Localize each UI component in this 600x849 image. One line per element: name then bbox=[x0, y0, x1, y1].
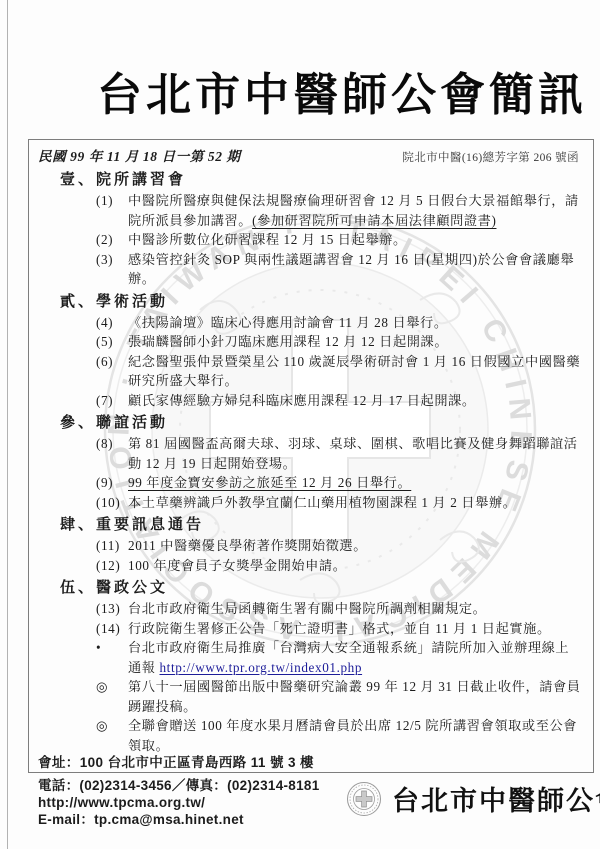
item-marker: (8) bbox=[96, 434, 128, 473]
text-segment: 中醫診所數位化研習課程 12 月 15 日起舉辦。 bbox=[128, 232, 407, 247]
list-item: (11)2011 中醫藥優良學術著作獎開始徵選。 bbox=[29, 536, 581, 556]
item-text: 《扶陽論壇》臨床心得應用討論會 11 月 28 日舉行。 bbox=[128, 313, 581, 333]
issue-date: 民國 99 年 11 月 18 日一第 52 期 bbox=[38, 145, 241, 165]
text-segment: 2011 中醫藥優良學術著作獎開始徵選。 bbox=[128, 538, 367, 553]
item-marker: (7) bbox=[96, 391, 128, 411]
list-item: (4)《扶陽論壇》臨床心得應用討論會 11 月 28 日舉行。 bbox=[29, 313, 581, 333]
doc-number: 院北市中醫(16)總芳字第 206 號函 bbox=[402, 149, 579, 165]
item-text: 2011 中醫藥優良學術著作獎開始徵選。 bbox=[128, 536, 581, 556]
item-marker: (11) bbox=[96, 536, 128, 556]
section: 參、聯誼活動(8)第 81 屆國醫盃高爾夫球、羽球、桌球、圍棋、歌唱比賽及健身舞… bbox=[29, 413, 581, 512]
section-heading: 肆、重要訊息通告 bbox=[60, 515, 581, 535]
item-marker: ◎ bbox=[96, 716, 128, 755]
item-text: 感染管控針灸 SOP 與兩性議題講習會 12 月 16 日(星期四)於公會會議廳… bbox=[128, 250, 581, 289]
section-heading: 參、聯誼活動 bbox=[60, 413, 581, 433]
sections: 壹、院所講習會(1)中醫院所醫療與健保法規醫療倫理研習會 12 月 5 日假台大… bbox=[29, 165, 593, 755]
item-text: 第 81 屆國醫盃高爾夫球、羽球、桌球、圍棋、歌唱比賽及健身舞蹈聯誼活動 12 … bbox=[128, 434, 581, 473]
publisher-block: 台北市中醫師公會發行 bbox=[346, 779, 600, 818]
section-heading: 伍、醫政公文 bbox=[60, 578, 581, 598]
list-item: (7)顧氏家傳經驗方婦兒科臨床應用課程 12 月 17 日起開課。 bbox=[29, 391, 581, 411]
footer-contact: 電話：(02)2314-3456／傳真：(02)2314-8181 http:/… bbox=[38, 777, 320, 828]
list-item: (6)紀念醫聖張仲景暨榮星公 110 歲誕辰學術研討會 1 月 16 日假國立中… bbox=[29, 352, 581, 391]
item-text: 本土草藥辨識戶外教學宜蘭仁山藥用植物園課程 1 月 2 日舉辦。 bbox=[128, 493, 581, 513]
item-marker: ◎ bbox=[96, 677, 128, 716]
text-segment: 第八十一屆國醫節出版中醫藥研究論叢 99 年 12 月 31 日截止收件，請會員… bbox=[128, 679, 581, 714]
item-text: 台北市政府衛生局推廣「台灣病人安全通報系統」請院所加入並辦理線上通報 http:… bbox=[128, 638, 581, 677]
scan-edge-line bbox=[7, 0, 8, 849]
item-text: 第八十一屆國醫節出版中醫藥研究論叢 99 年 12 月 31 日截止收件，請會員… bbox=[128, 677, 581, 716]
text-segment: (參加研習院所可申請本屆法律顧問證書) bbox=[252, 213, 496, 228]
item-marker: (2) bbox=[96, 230, 128, 250]
text-segment: 全聯會贈送 100 年度水果月曆請會員於出席 12/5 院所講習會領取或至公會領… bbox=[128, 718, 577, 753]
page: { "page": { "title": "台北市中醫師公會簡訊", "issu… bbox=[0, 0, 600, 849]
website-line: http://www.tpcma.org.tw/ bbox=[38, 794, 320, 811]
item-marker: (6) bbox=[96, 352, 128, 391]
list-item: (1)中醫院所醫療與健保法規醫療倫理研習會 12 月 5 日假台大景福館舉行，請… bbox=[29, 191, 581, 230]
text-segment: 台北市政府衛生局函轉衛生署有關中醫院所調劑相關規定。 bbox=[128, 601, 486, 616]
item-text: 99 年度金寶安參訪之旅延至 12 月 26 日舉行。 bbox=[128, 473, 581, 493]
item-marker: (14) bbox=[96, 619, 128, 639]
item-marker: (3) bbox=[96, 250, 128, 289]
text-segment: 100 年度會員子女獎學金開始申請。 bbox=[128, 558, 347, 573]
item-text: 全聯會贈送 100 年度水果月曆請會員於出席 12/5 院所講習會領取或至公會領… bbox=[128, 716, 581, 755]
text-segment: 張瑞麟醫師小針刀臨床應用課程 12 月 12 日起開課。 bbox=[128, 334, 448, 349]
list-item: •台北市政府衛生局推廣「台灣病人安全通報系統」請院所加入並辦理線上通報 http… bbox=[29, 638, 581, 677]
item-marker: (13) bbox=[96, 599, 128, 619]
newsletter-title: 台北市中醫師公會簡訊 bbox=[0, 58, 600, 123]
item-marker: (10) bbox=[96, 493, 128, 513]
cross-icon bbox=[356, 791, 372, 807]
section: 貳、學術活動(4)《扶陽論壇》臨床心得應用討論會 11 月 28 日舉行。(5)… bbox=[29, 292, 581, 411]
item-text: 中醫院所醫療與健保法規醫療倫理研習會 12 月 5 日假台大景福館舉行，請院所派… bbox=[128, 191, 581, 230]
item-marker: (9) bbox=[96, 473, 128, 493]
inline-link[interactable]: http://www.tpr.org.tw/index01.php bbox=[159, 660, 362, 675]
list-item: (3)感染管控針灸 SOP 與兩性議題講習會 12 月 16 日(星期四)於公會… bbox=[29, 250, 581, 289]
list-item: (14)行政院衛生署修正公告「死亡證明書」格式，並自 11 月 1 日起實施。 bbox=[29, 619, 581, 639]
item-marker: (12) bbox=[96, 556, 128, 576]
item-marker: (1) bbox=[96, 191, 128, 230]
list-item: (13)台北市政府衛生局函轉衛生署有關中醫院所調劑相關規定。 bbox=[29, 599, 581, 619]
section: 肆、重要訊息通告(11)2011 中醫藥優良學術著作獎開始徵選。(12)100 … bbox=[29, 515, 581, 575]
item-text: 中醫診所數位化研習課程 12 月 15 日起舉辦。 bbox=[128, 230, 581, 250]
box-header: 民國 99 年 11 月 18 日一第 52 期 院北市中醫(16)總芳字第 2… bbox=[29, 140, 593, 165]
list-item: (9)99 年度金寶安參訪之旅延至 12 月 26 日舉行。 bbox=[29, 473, 581, 493]
address-line: 會址：100 台北市中正區青島西路 11 號 3 樓 bbox=[38, 751, 578, 771]
list-item: (8)第 81 屆國醫盃高爾夫球、羽球、桌球、圍棋、歌唱比賽及健身舞蹈聯誼活動 … bbox=[29, 434, 581, 473]
text-segment: 本土草藥辨識戶外教學宜蘭仁山藥用植物園課程 1 月 2 日舉辦。 bbox=[128, 495, 516, 510]
content-box: 民國 99 年 11 月 18 日一第 52 期 院北市中醫(16)總芳字第 2… bbox=[28, 139, 594, 773]
section-heading: 壹、院所講習會 bbox=[60, 170, 581, 190]
text-segment: 感染管控針灸 SOP 與兩性議題講習會 12 月 16 日(星期四)於公會會議廳… bbox=[128, 252, 574, 287]
phone-line: 電話：(02)2314-3456／傳真：(02)2314-8181 bbox=[38, 777, 320, 794]
item-text: 台北市政府衛生局函轉衛生署有關中醫院所調劑相關規定。 bbox=[128, 599, 581, 619]
item-text: 行政院衛生署修正公告「死亡證明書」格式，並自 11 月 1 日起實施。 bbox=[128, 619, 581, 639]
item-marker: (4) bbox=[96, 313, 128, 333]
publisher-name: 台北市中醫師公會發行 bbox=[392, 779, 600, 818]
item-text: 紀念醫聖張仲景暨榮星公 110 歲誕辰學術研討會 1 月 16 日假國立中國醫藥… bbox=[128, 352, 581, 391]
list-item: (5)張瑞麟醫師小針刀臨床應用課程 12 月 12 日起開課。 bbox=[29, 332, 581, 352]
text-segment: 行政院衛生署修正公告「死亡證明書」格式，並自 11 月 1 日起實施。 bbox=[128, 621, 551, 636]
list-item: (2)中醫診所數位化研習課程 12 月 15 日起舉辦。 bbox=[29, 230, 581, 250]
email-line: E-mail：tp.cma@msa.hinet.net bbox=[38, 811, 320, 828]
section-heading: 貳、學術活動 bbox=[60, 292, 581, 312]
list-item: (10)本土草藥辨識戶外教學宜蘭仁山藥用植物園課程 1 月 2 日舉辦。 bbox=[29, 493, 581, 513]
text-segment: 第 81 屆國醫盃高爾夫球、羽球、桌球、圍棋、歌唱比賽及健身舞蹈聯誼活動 12 … bbox=[128, 436, 578, 471]
text-segment: 紀念醫聖張仲景暨榮星公 110 歲誕辰學術研討會 1 月 16 日假國立中國醫藥… bbox=[128, 354, 580, 389]
item-marker: • bbox=[96, 638, 128, 677]
text-segment: 《扶陽論壇》臨床心得應用討論會 11 月 28 日舉行。 bbox=[128, 315, 448, 330]
list-item: (12)100 年度會員子女獎學金開始申請。 bbox=[29, 556, 581, 576]
item-text: 100 年度會員子女獎學金開始申請。 bbox=[128, 556, 581, 576]
item-text: 張瑞麟醫師小針刀臨床應用課程 12 月 12 日起開課。 bbox=[128, 332, 581, 352]
list-item: ◎全聯會贈送 100 年度水果月曆請會員於出席 12/5 院所講習會領取或至公會… bbox=[29, 716, 581, 755]
text-segment: 顧氏家傳經驗方婦兒科臨床應用課程 12 月 17 日起開課。 bbox=[128, 393, 476, 408]
section: 伍、醫政公文(13)台北市政府衛生局函轉衛生署有關中醫院所調劑相關規定。(14)… bbox=[29, 578, 581, 755]
publisher-seal-icon bbox=[346, 781, 382, 817]
item-text: 顧氏家傳經驗方婦兒科臨床應用課程 12 月 17 日起開課。 bbox=[128, 391, 581, 411]
section: 壹、院所講習會(1)中醫院所醫療與健保法規醫療倫理研習會 12 月 5 日假台大… bbox=[29, 170, 581, 289]
item-marker: (5) bbox=[96, 332, 128, 352]
list-item: ◎第八十一屆國醫節出版中醫藥研究論叢 99 年 12 月 31 日截止收件，請會… bbox=[29, 677, 581, 716]
text-segment: 99 年度金寶安參訪之旅延至 12 月 26 日舉行。 bbox=[128, 475, 411, 490]
